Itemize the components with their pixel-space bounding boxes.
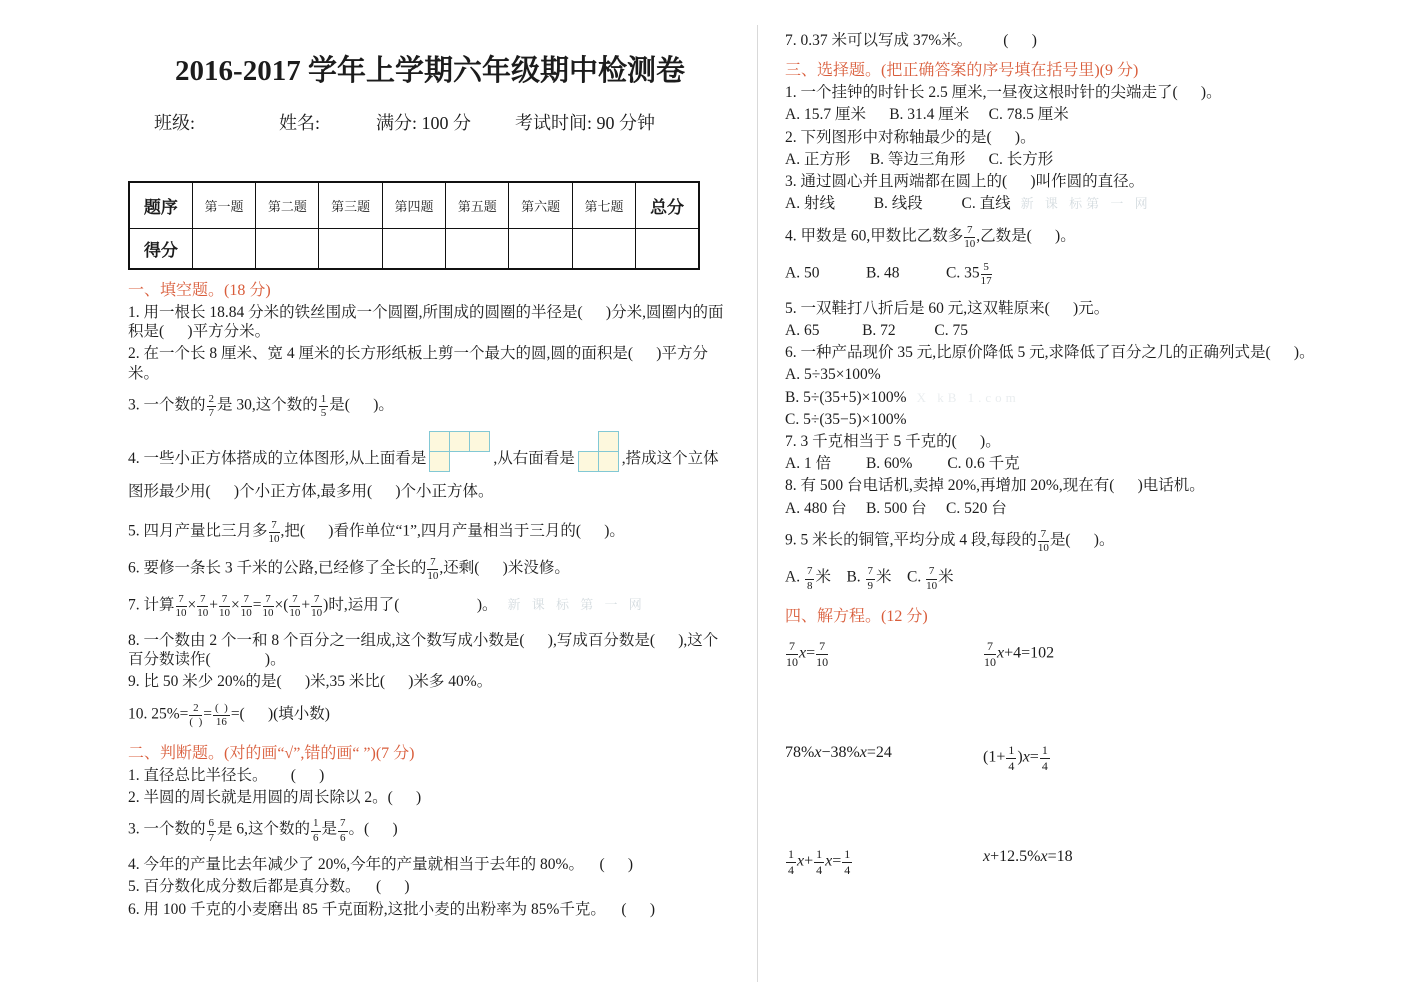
fraction: 710 (427, 557, 438, 583)
choice-question: 2. 下列图形中对称轴最少的是( )。 (785, 128, 1391, 147)
fill-blank-question: 9. 比 50 米少 20%的是( )米,35 米比( )米多 40%。 (128, 672, 732, 691)
fraction: 710 (816, 640, 828, 668)
score-table-header-row: 题序第一题第二题第三题第四题第五题第六题第七题总分 (129, 182, 699, 228)
score-table-score-row: 得分 (129, 228, 699, 269)
score-cell-empty (192, 228, 255, 269)
fill-blank-question: 1. 用一根长 18.84 分米的铁丝围成一个圆圈,所围成的圆圈的半径是( )分… (128, 303, 732, 341)
judge-question: 1. 直径总比半径长。 ( ) (128, 766, 732, 785)
choice-question: 9. 5 米长的铜管,平均分成 4 段,每段的710是( )。 (785, 529, 1391, 555)
equation: 710x+4=102 (983, 640, 1391, 668)
score-table-header-cell: 第四题 (382, 182, 445, 228)
fraction: 27 (207, 394, 217, 420)
fraction: 76 (338, 818, 348, 844)
exam-info-field: 考试时间: 90 分钟 (515, 109, 655, 135)
fill-blank-question: 10. 25%=2( )=( )16=( )(填小数) (128, 703, 732, 729)
choice-option-line: A. 15.7 厘米 B. 31.4 厘米 C. 78.5 厘米 (785, 105, 1391, 124)
fraction: 14 (786, 848, 796, 876)
judge-question: 3. 一个数的67是 6,这个数的16是76。( ) (128, 818, 732, 844)
fraction: 710 (241, 594, 252, 620)
section3-heading: 三、选择题。(把正确答案的序号填在括号里)(9 分) (785, 57, 1391, 80)
score-cell-empty (572, 228, 635, 269)
fill-blank-question: 5. 四月产量比三月多710,把( )看作单位“1”,四月产量相当于三月的( )… (128, 520, 732, 546)
judge-question: 6. 用 100 千克的小麦磨出 85 千克面粉,这批小麦的出粉率为 85%千克… (128, 900, 732, 919)
fraction: 710 (786, 640, 798, 668)
fraction: 710 (1038, 529, 1049, 555)
exam-info-field: 班级: (154, 109, 195, 135)
choice-question: 8. 有 500 台电话机,卖掉 20%,再增加 20%,现在有( )电话机。 (785, 476, 1391, 495)
score-cell-empty (382, 228, 445, 269)
fill-blank-question: 8. 一个数由 2 个一和 8 个百分之一组成,这个数写成小数是( ),写成百分… (128, 631, 732, 669)
section2-questions: 1. 直径总比半径长。 ( )2. 半圆的周长就是用圆的周长除以 2。( )3.… (128, 766, 732, 919)
fraction: 710 (926, 566, 937, 592)
equation: 14x+14x=14 (785, 848, 983, 876)
score-label: 得分 (129, 228, 192, 269)
fraction: 16 (311, 818, 321, 844)
fraction: 710 (311, 594, 322, 620)
fraction: 710 (269, 520, 280, 546)
score-cell-empty (319, 228, 382, 269)
fill-blank-question: 3. 一个数的27是 30,这个数的15是( )。 (128, 394, 732, 420)
score-table-header-cell: 第三题 (319, 182, 382, 228)
choice-option-line: A. 78米 B. 79米 C. 710米 (785, 566, 1391, 592)
score-table: 题序第一题第二题第三题第四题第五题第六题第七题总分 得分 (128, 181, 700, 270)
fraction: 710 (176, 594, 187, 620)
score-table-corner: 题序 (129, 182, 192, 228)
fraction: 517 (981, 262, 992, 288)
score-table-header-cell: 第六题 (509, 182, 572, 228)
equation-row: 14x+14x=14x+12.5%x=18 (785, 848, 1391, 876)
fraction: 710 (964, 225, 975, 251)
section4-equations: 710x=710710x+4=10278%x−38%x=24(1+14)x=14… (785, 640, 1391, 877)
fill-blank-question: 6. 要修一条长 3 千米的公路,已经修了全长的710,还剩( )米没修。 (128, 557, 732, 583)
shape-cell (449, 431, 470, 452)
column-divider (757, 25, 758, 982)
section2-heading: 二、判断题。(对的画“√”,错的画“ ”)(7 分) (128, 740, 732, 763)
fraction: 2( ) (189, 703, 202, 729)
judge-question: 5. 百分数化成分数后都是真分数。 ( ) (128, 877, 732, 896)
score-table-header-cell: 第七题 (572, 182, 635, 228)
section4-heading: 四、解方程。(12 分) (785, 603, 1391, 626)
fraction: 14 (814, 848, 824, 876)
fraction: 710 (984, 640, 996, 668)
choice-option-line: C. 5÷(35−5)×100% (785, 410, 1391, 429)
shape-cell (598, 451, 619, 472)
score-table-header-cell: 第二题 (256, 182, 319, 228)
equation-row: 710x=710710x+4=102 (785, 640, 1391, 668)
fraction: 14 (842, 848, 852, 876)
equation: 78%x−38%x=24 (785, 744, 983, 772)
section3-questions: 1. 一个挂钟的时针长 2.5 厘米,一昼夜这根时针的尖端走了( )。A. 15… (785, 83, 1391, 592)
choice-option-line: A. 正方形 B. 等边三角形 C. 长方形 (785, 150, 1391, 169)
section1-heading: 一、填空题。(18 分) (128, 277, 732, 300)
equation: (1+14)x=14 (983, 744, 1391, 772)
choice-question: 1. 一个挂钟的时针长 2.5 厘米,一昼夜这根时针的尖端走了( )。 (785, 83, 1391, 102)
choice-option-line: A. 480 台 B. 500 台 C. 520 台 (785, 499, 1391, 518)
choice-option-line: A. 50 B. 48 C. 35517 (785, 262, 1391, 288)
score-table-total: 总分 (636, 182, 699, 228)
score-cell-empty (636, 228, 699, 269)
right-column: 7. 0.37 米可以写成 37%米。 ( ) 三、选择题。(把正确答案的序号填… (785, 28, 1391, 953)
fraction: 710 (197, 594, 208, 620)
fraction: 710 (219, 594, 230, 620)
choice-question: 3. 通过圆心并且两端都在圆上的( )叫作圆的直径。 (785, 172, 1391, 191)
exam-info-field: 姓名: (279, 109, 320, 135)
fraction: 14 (1040, 744, 1050, 772)
exam-info-field: 满分: 100 分 (376, 109, 471, 135)
choice-option-line: A. 5÷35×100% (785, 365, 1391, 384)
score-cell-empty (509, 228, 572, 269)
fraction: 78 (805, 566, 815, 592)
judge-question: 2. 半圆的周长就是用圆的周长除以 2。( ) (128, 788, 732, 807)
fraction: 15 (319, 394, 329, 420)
fraction: 710 (289, 594, 300, 620)
equation: 710x=710 (785, 640, 983, 668)
fraction: 14 (1006, 744, 1016, 772)
exam-paper: 2016-2017 学年上学期六年级期中检测卷 班级:姓名:满分: 100 分考… (0, 0, 1421, 982)
section2-overflow-question: 7. 0.37 米可以写成 37%米。 ( ) (785, 31, 1391, 50)
fill-blank-question: 4. 一些小正方体搭成的立体图形,从上面看是,从右面看是,搭成这个立体图形最少用… (128, 431, 732, 509)
choice-option-line: B. 5÷(35+5)×100%X kB 1.com (785, 388, 1391, 407)
fraction: 67 (207, 818, 217, 844)
score-table-header-cell: 第一题 (192, 182, 255, 228)
choice-option-line: A. 射线 B. 线段 C. 直线新 课 标第 一 网 (785, 194, 1391, 213)
score-cell-empty (446, 228, 509, 269)
right-view-shape (578, 431, 619, 472)
left-column: 2016-2017 学年上学期六年级期中检测卷 班级:姓名:满分: 100 分考… (128, 40, 732, 922)
fraction: ( )16 (213, 703, 230, 729)
shape-cell (578, 451, 599, 472)
fraction: 79 (866, 566, 876, 592)
section1-questions: 1. 用一根长 18.84 分米的铁丝围成一个圆圈,所围成的圆圈的半径是( )分… (128, 303, 732, 729)
equation: x+12.5%x=18 (983, 848, 1391, 876)
choice-question: 7. 3 千克相当于 5 千克的( )。 (785, 432, 1391, 451)
score-table-header-cell: 第五题 (446, 182, 509, 228)
watermark-text: X kB 1.com (917, 390, 1020, 405)
shape-cell (429, 431, 450, 452)
judge-question: 4. 今年的产量比去年减少了 20%,今年的产量就相当于去年的 80%。 ( ) (128, 855, 732, 874)
choice-option-line: A. 65 B. 72 C. 75 (785, 321, 1391, 340)
watermark-text: 新 课 标第 一 网 (1021, 196, 1152, 211)
fraction: 710 (263, 594, 274, 620)
equation-row: 78%x−38%x=24(1+14)x=14 (785, 744, 1391, 772)
shape-cell (598, 431, 619, 452)
choice-option-line: A. 1 倍 B. 60% C. 0.6 千克 (785, 454, 1391, 473)
choice-question: 6. 一种产品现价 35 元,比原价降低 5 元,求降低了百分之几的正确列式是(… (785, 343, 1391, 362)
choice-question: 5. 一双鞋打八折后是 60 元,这双鞋原来( )元。 (785, 299, 1391, 318)
fill-blank-question: 7. 计算710×710+710×710=710×(710+710)时,运用了(… (128, 594, 732, 620)
shape-cell (429, 451, 450, 472)
choice-question: 4. 甲数是 60,甲数比乙数多710,乙数是( )。 (785, 225, 1391, 251)
shape-cell (469, 431, 490, 452)
fill-blank-question: 2. 在一个长 8 厘米、宽 4 厘米的长方形纸板上剪一个最大的圆,圆的面积是(… (128, 344, 732, 382)
page-title: 2016-2017 学年上学期六年级期中检测卷 (128, 48, 732, 89)
score-cell-empty (256, 228, 319, 269)
top-view-shape (429, 431, 490, 472)
watermark-text: 新 课 标 第 一 网 (508, 597, 646, 612)
exam-info-row: 班级:姓名:满分: 100 分考试时间: 90 分钟 (154, 109, 732, 135)
